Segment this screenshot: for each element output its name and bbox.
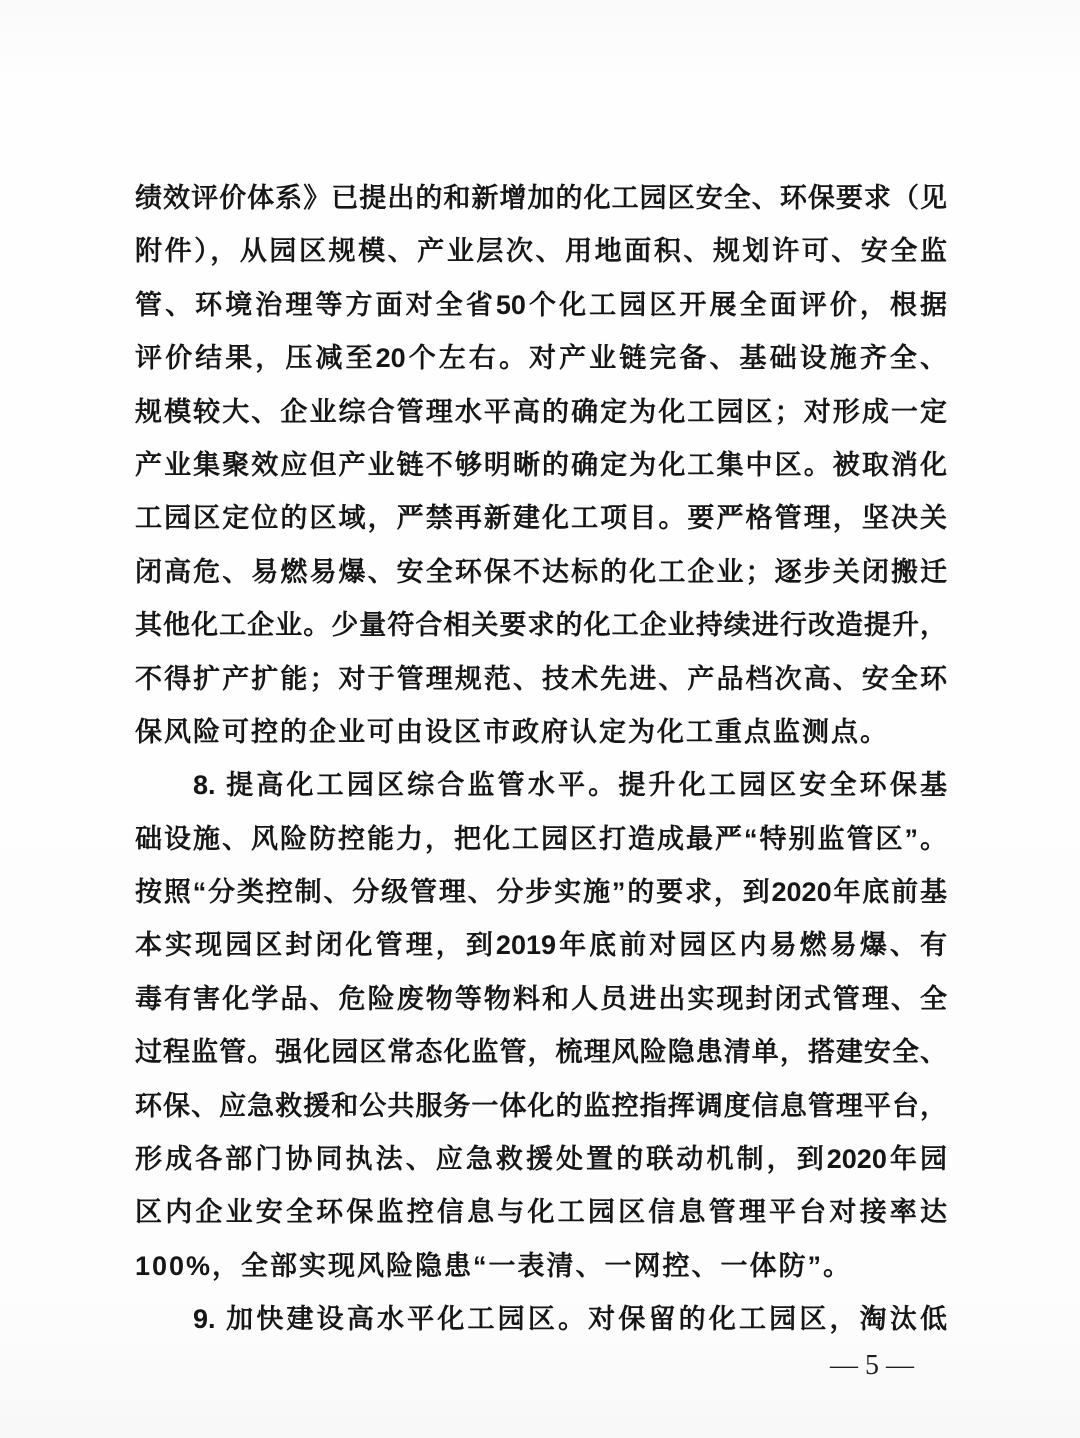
text-line: 按照“分类控制、分级管理、分步实施”的要求，到2020年底前基 — [135, 866, 947, 919]
text-line: 产业集聚效应但产业链不够明晰的确定为化工集中区。被取消化 — [135, 439, 947, 492]
text-line: 闭高危、易燃易爆、安全环保不达标的化工企业；逐步关闭搬迁 — [135, 546, 947, 599]
page-number: — 5 — — [812, 1350, 932, 1382]
text-line: 工园区定位的区域，严禁再新建化工项目。要严格管理，坚决关 — [135, 492, 947, 545]
document-body: 绩效评价体系》已提出的和新增加的化工园区安全、环保要求（见附件），从园区规模、产… — [135, 172, 947, 1347]
text-line: 环保、应急救援和公共服务一体化的监控指挥调度信息管理平台， — [135, 1080, 947, 1133]
text-line: 础设施、风险防控能力，把化工园区打造成最严“特别监管区”。 — [135, 813, 947, 866]
text-line: 本实现园区封闭化管理，到2019年底前对园区内易燃易爆、有 — [135, 919, 947, 972]
text-line: 附件），从园区规模、产业层次、用地面积、规划许可、安全监 — [135, 225, 947, 278]
text-line: 区内企业安全环保监控信息与化工园区信息管理平台对接率达 — [135, 1186, 947, 1239]
document-page: 绩效评价体系》已提出的和新增加的化工园区安全、环保要求（见附件），从园区规模、产… — [0, 0, 1080, 1438]
text-line: 不得扩产扩能；对于管理规范、技术先进、产品档次高、安全环 — [135, 653, 947, 706]
text-line: 过程监管。强化园区常态化监管，梳理风险隐患清单，搭建安全、 — [135, 1026, 947, 1079]
text-line: 其他化工企业。少量符合相关要求的化工企业持续进行改造提升， — [135, 599, 947, 652]
text-line: 毒有害化学品、危险废物等物料和人员进出实现封闭式管理、全 — [135, 973, 947, 1026]
text-line: 形成各部门协同执法、应急救援处置的联动机制，到2020年园 — [135, 1133, 947, 1186]
text-line: 9. 加快建设高水平化工园区。对保留的化工园区，淘汰低 — [135, 1293, 947, 1346]
text-line: 100%，全部实现风险隐患“一表清、一网控、一体防”。 — [135, 1240, 947, 1293]
text-line: 绩效评价体系》已提出的和新增加的化工园区安全、环保要求（见 — [135, 172, 947, 225]
text-line: 评价结果，压减至20个左右。对产业链完备、基础设施齐全、 — [135, 332, 947, 385]
text-line: 8. 提高化工园区综合监管水平。提升化工园区安全环保基 — [135, 759, 947, 812]
text-line: 管、环境治理等方面对全省50个化工园区开展全面评价，根据 — [135, 279, 947, 332]
text-line: 保风险可控的企业可由设区市政府认定为化工重点监测点。 — [135, 706, 947, 759]
text-line: 规模较大、企业综合管理水平高的确定为化工园区；对形成一定 — [135, 386, 947, 439]
